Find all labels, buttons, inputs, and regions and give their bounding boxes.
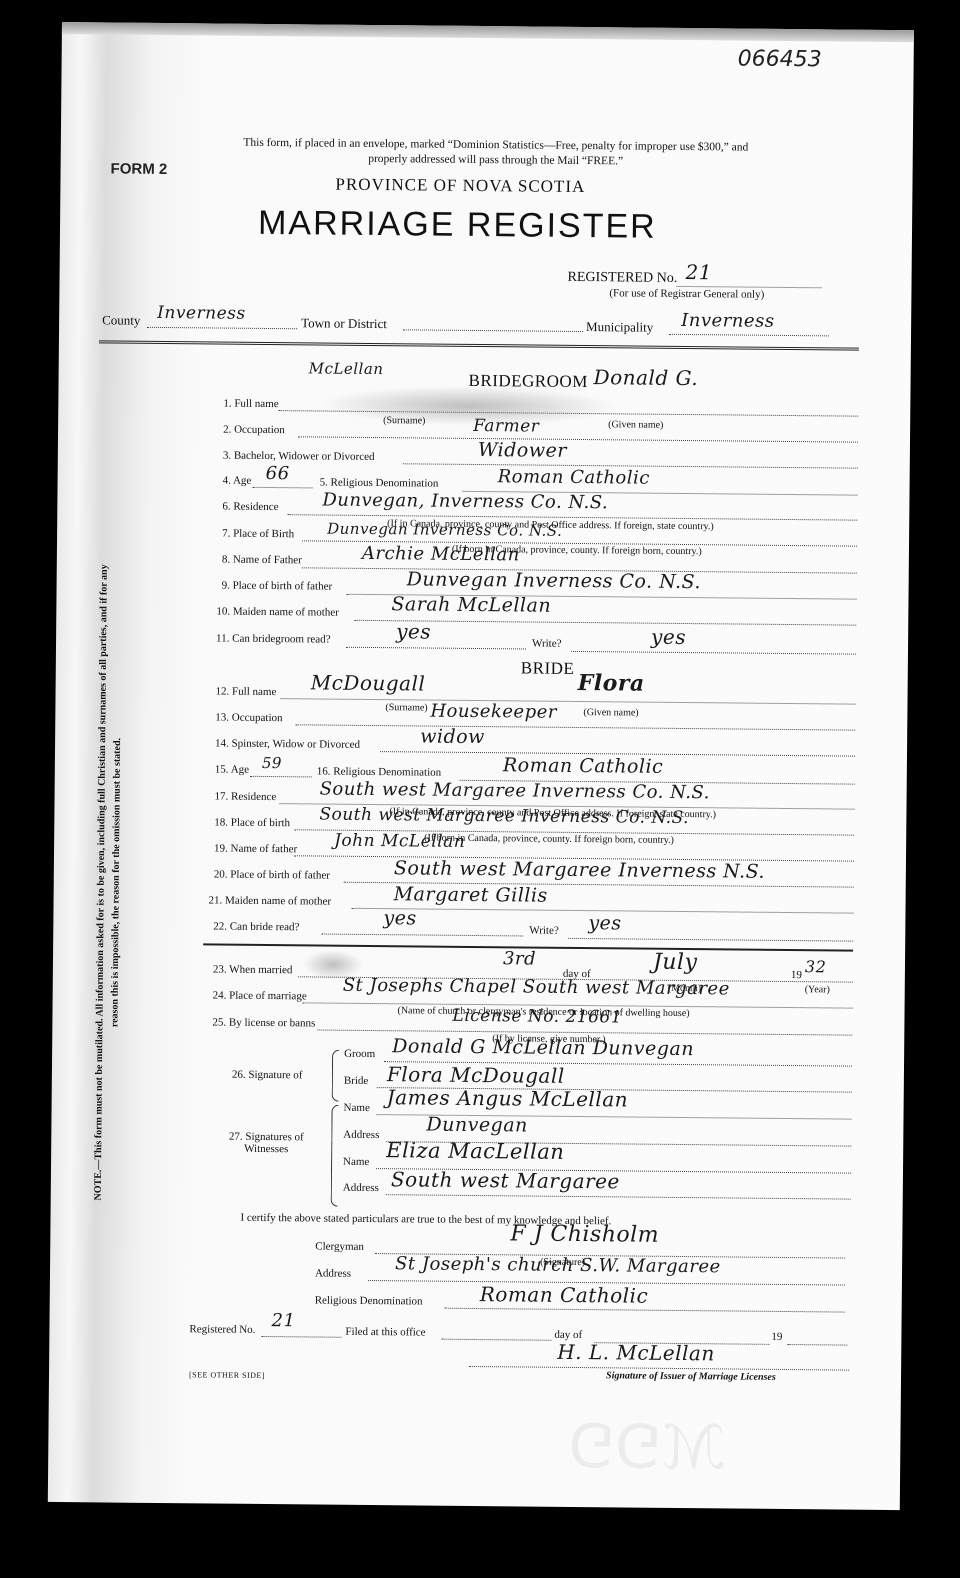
signatures-brace	[332, 1050, 339, 1102]
municipality-value: Inverness	[681, 310, 775, 332]
bride-heading: BRIDE	[521, 658, 575, 679]
erased-name-smudge	[318, 384, 618, 427]
license-number: License No. 21661	[452, 1006, 622, 1028]
footer-year-prefix: 19	[771, 1331, 782, 1343]
bride-religion: Roman Catholic	[503, 754, 664, 778]
groom-birthplace-label: 7. Place of Birth	[222, 528, 294, 541]
issuer-signature: H. L. McLellan	[557, 1340, 715, 1366]
groom-father: Archie McLellan	[362, 543, 520, 566]
groom-age-line	[253, 487, 313, 489]
footer-registered-no-line	[261, 1336, 341, 1338]
bride-father: John McLellan	[334, 831, 465, 852]
clergy-address-label: Address	[315, 1267, 351, 1279]
groom-read-label: 11. Can bridegroom read?	[216, 633, 331, 646]
witness1-name-label: Name	[344, 1102, 370, 1114]
witnesses-label: 27. Signatures of Witnesses	[221, 1131, 311, 1156]
married-month: July	[653, 950, 698, 975]
witness1-address: Dunvegan	[426, 1114, 528, 1137]
serial-number: 066453	[738, 46, 822, 72]
groom-signature-label: Groom	[344, 1048, 375, 1060]
bride-read-label: 22. Can bride read?	[213, 920, 299, 933]
county-value: Inverness	[157, 303, 246, 324]
bride-birthplace-label: 18. Place of birth	[214, 816, 290, 829]
bride-given-name: Flora	[578, 670, 645, 697]
header-divider	[99, 340, 859, 352]
groom-residence: Dunvegan, Inverness Co. N.S.	[322, 490, 608, 514]
town-label: Town or District	[301, 315, 387, 332]
groom-given-hint: (Given name)	[608, 419, 663, 431]
bride-birthplace: South west Margaree Inverness Co. N.S.	[319, 805, 689, 829]
groom-religion: Roman Catholic	[498, 466, 650, 488]
witness2-name: Eliza MacLellan	[386, 1138, 564, 1164]
bleed-through-text: ℳ⅁⅁	[568, 1412, 726, 1484]
license-label: 25. By license or banns	[212, 1016, 315, 1029]
groom-signature: Donald G McLellan Dunvegan	[392, 1035, 694, 1060]
groom-occupation: Farmer	[473, 416, 539, 437]
clergyman-label: Clergyman	[315, 1240, 364, 1252]
marriage-place: St Josephs Chapel South west Margaree	[343, 975, 730, 1000]
groom-status: Widower	[478, 439, 567, 462]
groom-father-label: 8. Name of Father	[222, 554, 302, 567]
footer-registered-no: 21	[271, 1310, 295, 1331]
bride-full-name-label: 12. Full name	[216, 686, 277, 699]
filed-line	[441, 1339, 551, 1341]
groom-occupation-label: 2. Occupation	[223, 424, 285, 437]
groom-read-line	[346, 647, 526, 650]
bride-religion-label: 16. Religious Denomination	[317, 765, 441, 778]
bride-age-label: 15. Age	[215, 764, 249, 776]
bride-age-line	[250, 776, 312, 778]
groom-birthplace: Dunvegan Inverness Co. N.S.	[327, 520, 562, 540]
bride-read: yes	[383, 907, 416, 929]
year-hint: (Year)	[805, 984, 830, 995]
bride-mother-label: 21. Maiden name of mother	[209, 894, 332, 907]
married-year: 32	[805, 957, 827, 976]
clergy-religion-line	[445, 1308, 845, 1313]
bride-father-birthplace: South west Margaree Inverness N.S.	[394, 857, 765, 883]
groom-father-birthplace: Dunvegan Inverness Co. N.S.	[407, 568, 702, 593]
registered-no-label: REGISTERED No.	[567, 270, 677, 287]
groom-read: yes	[396, 619, 431, 643]
bride-occupation-label: 13. Occupation	[215, 712, 282, 725]
bride-read-line	[321, 934, 523, 937]
groom-write: yes	[651, 625, 686, 649]
groom-surname-annotation: McLellan	[309, 359, 384, 378]
groom-status-label: 3. Bachelor, Widower or Divorced	[223, 450, 375, 463]
groom-age-label: 4. Age	[223, 475, 252, 487]
groom-age: 66	[266, 463, 290, 484]
form-label: FORM 2	[111, 160, 168, 178]
bride-residence-label: 17. Residence	[215, 791, 277, 804]
year-prefix: 19	[791, 969, 802, 981]
county-line	[147, 327, 297, 329]
registered-no-value: 21	[686, 260, 713, 284]
clergy-address: St Joseph's church S.W. Margaree	[395, 1253, 721, 1277]
bride-status: widow	[420, 725, 485, 748]
bride-occupation-line	[295, 724, 855, 730]
bride-father-label: 19. Name of father	[214, 842, 297, 855]
bride-residence: South west Margaree Inverness Co. N.S.	[320, 779, 710, 804]
bride-signature: Flora McDougall	[387, 1062, 565, 1088]
groom-mother-label: 10. Maiden name of mother	[216, 606, 339, 619]
county-label: County	[102, 312, 140, 328]
when-married-label: 23. When married	[213, 963, 293, 976]
bride-full-name-line	[281, 698, 856, 705]
bride-occupation: Housekeeper	[430, 701, 557, 723]
groom-full-name-label: 1. Full name	[223, 398, 278, 411]
signatures-label: 26. Signature of	[232, 1069, 303, 1082]
witness2-name-label: Name	[343, 1156, 369, 1168]
bride-signature-label: Bride	[344, 1075, 369, 1087]
bride-write-label: Write?	[529, 925, 559, 937]
town-line	[403, 329, 583, 332]
bride-mother: Margaret Gillis	[394, 883, 548, 906]
document-title: MARRIAGE REGISTER	[258, 204, 657, 247]
witness1-name: James Angus McLellan	[387, 1085, 629, 1111]
registrar-note: (For use of Registrar General only)	[609, 287, 764, 300]
postal-notice: This form, if placed in an envelope, mar…	[166, 135, 826, 171]
witness1-address-label: Address	[343, 1129, 379, 1141]
municipality-line	[669, 334, 829, 337]
clergy-religion: Roman Catholic	[480, 1282, 649, 1308]
bride-age: 59	[262, 754, 282, 772]
groom-occupation-line	[298, 436, 858, 442]
groom-mother: Sarah McLellan	[391, 593, 551, 617]
groom-residence-label: 6. Residence	[222, 501, 278, 514]
bride-father-birthplace-label: 20. Place of birth of father	[214, 868, 330, 881]
clergyman-signature: F J Chisholm	[510, 1221, 659, 1247]
groom-religion-label: 5. Religious Denomination	[320, 476, 439, 489]
groom-surname-hint: (Surname)	[383, 415, 425, 426]
bride-surname: McDougall	[311, 670, 426, 695]
groom-father-birthplace-label: 9. Place of birth of father	[222, 580, 333, 593]
witness2-address: South west Margaree	[391, 1167, 620, 1193]
bride-write: yes	[588, 912, 621, 934]
filed-label: Filed at this office	[345, 1326, 425, 1339]
bride-given-hint: (Given name)	[583, 707, 638, 719]
bride-write-line	[568, 938, 853, 942]
witness2-address-line	[386, 1194, 851, 1199]
witnesses-brace	[331, 1105, 339, 1207]
witness2-address-label: Address	[343, 1182, 379, 1194]
footer-registered-no-label: Registered No.	[189, 1323, 255, 1336]
side-note: NOTE.—This form must not be mutilated. A…	[91, 552, 127, 1212]
groom-write-label: Write?	[532, 638, 562, 650]
footer-year-line	[787, 1344, 847, 1346]
marriage-register-page: ℳ⅁⅁ 066453 This form, if placed in an en…	[48, 22, 914, 1510]
municipality-label: Municipality	[586, 319, 653, 336]
married-day: 3rd	[503, 948, 536, 969]
see-other-side: [SEE OTHER SIDE]	[189, 1370, 265, 1380]
bride-surname-hint: (Surname)	[385, 702, 427, 713]
groom-write-line	[571, 651, 856, 655]
province-heading: PROVINCE OF NOVA SCOTIA	[335, 175, 585, 197]
place-label: 24. Place of marriage	[213, 989, 307, 1002]
clergy-religion-label: Religious Denomination	[315, 1294, 423, 1307]
bride-status-label: 14. Spinster, Widow or Divorced	[215, 738, 360, 751]
issuer-label: Signature of Issuer of Marriage Licenses	[606, 1370, 776, 1383]
